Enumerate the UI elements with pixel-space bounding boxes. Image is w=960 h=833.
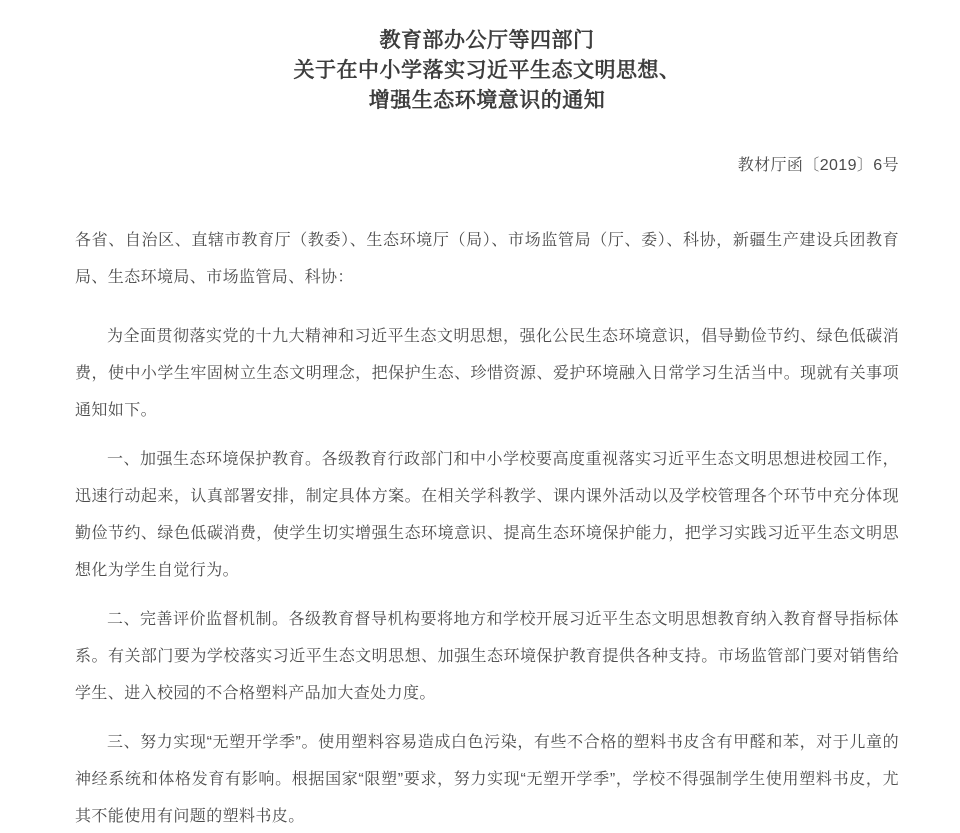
paragraph-intro: 为全面贯彻落实党的十九大精神和习近平生态文明思想，强化公民生态环境意识，倡导勤俭… [75,318,899,429]
salutation: 各省、自治区、直辖市教育厅（教委）、生态环境厅（局）、市场监管局（厅、委）、科协… [75,222,899,296]
notice-title-line-3: 增强生态环境意识的通知 [75,86,899,116]
document-number: 教材厅函〔2019〕6号 [75,154,899,178]
notice-title-line-2: 关于在中小学落实习近平生态文明思想、 [75,56,899,86]
paragraph-item-1: 一、加强生态环境保护教育。各级教育行政部门和中小学校要高度重视落实习近平生态文明… [75,441,899,589]
document-page: 教育部办公厅等四部门 关于在中小学落实习近平生态文明思想、 增强生态环境意识的通… [0,0,960,833]
notice-title-line-1: 教育部办公厅等四部门 [75,26,899,56]
notice-title: 教育部办公厅等四部门 关于在中小学落实习近平生态文明思想、 增强生态环境意识的通… [75,26,899,116]
paragraph-item-3: 三、努力实现“无塑开学季”。使用塑料容易造成白色污染，有些不合格的塑料书皮含有甲… [75,724,899,833]
paragraph-item-2: 二、完善评价监督机制。各级教育督导机构要将地方和学校开展习近平生态文明思想教育纳… [75,601,899,712]
